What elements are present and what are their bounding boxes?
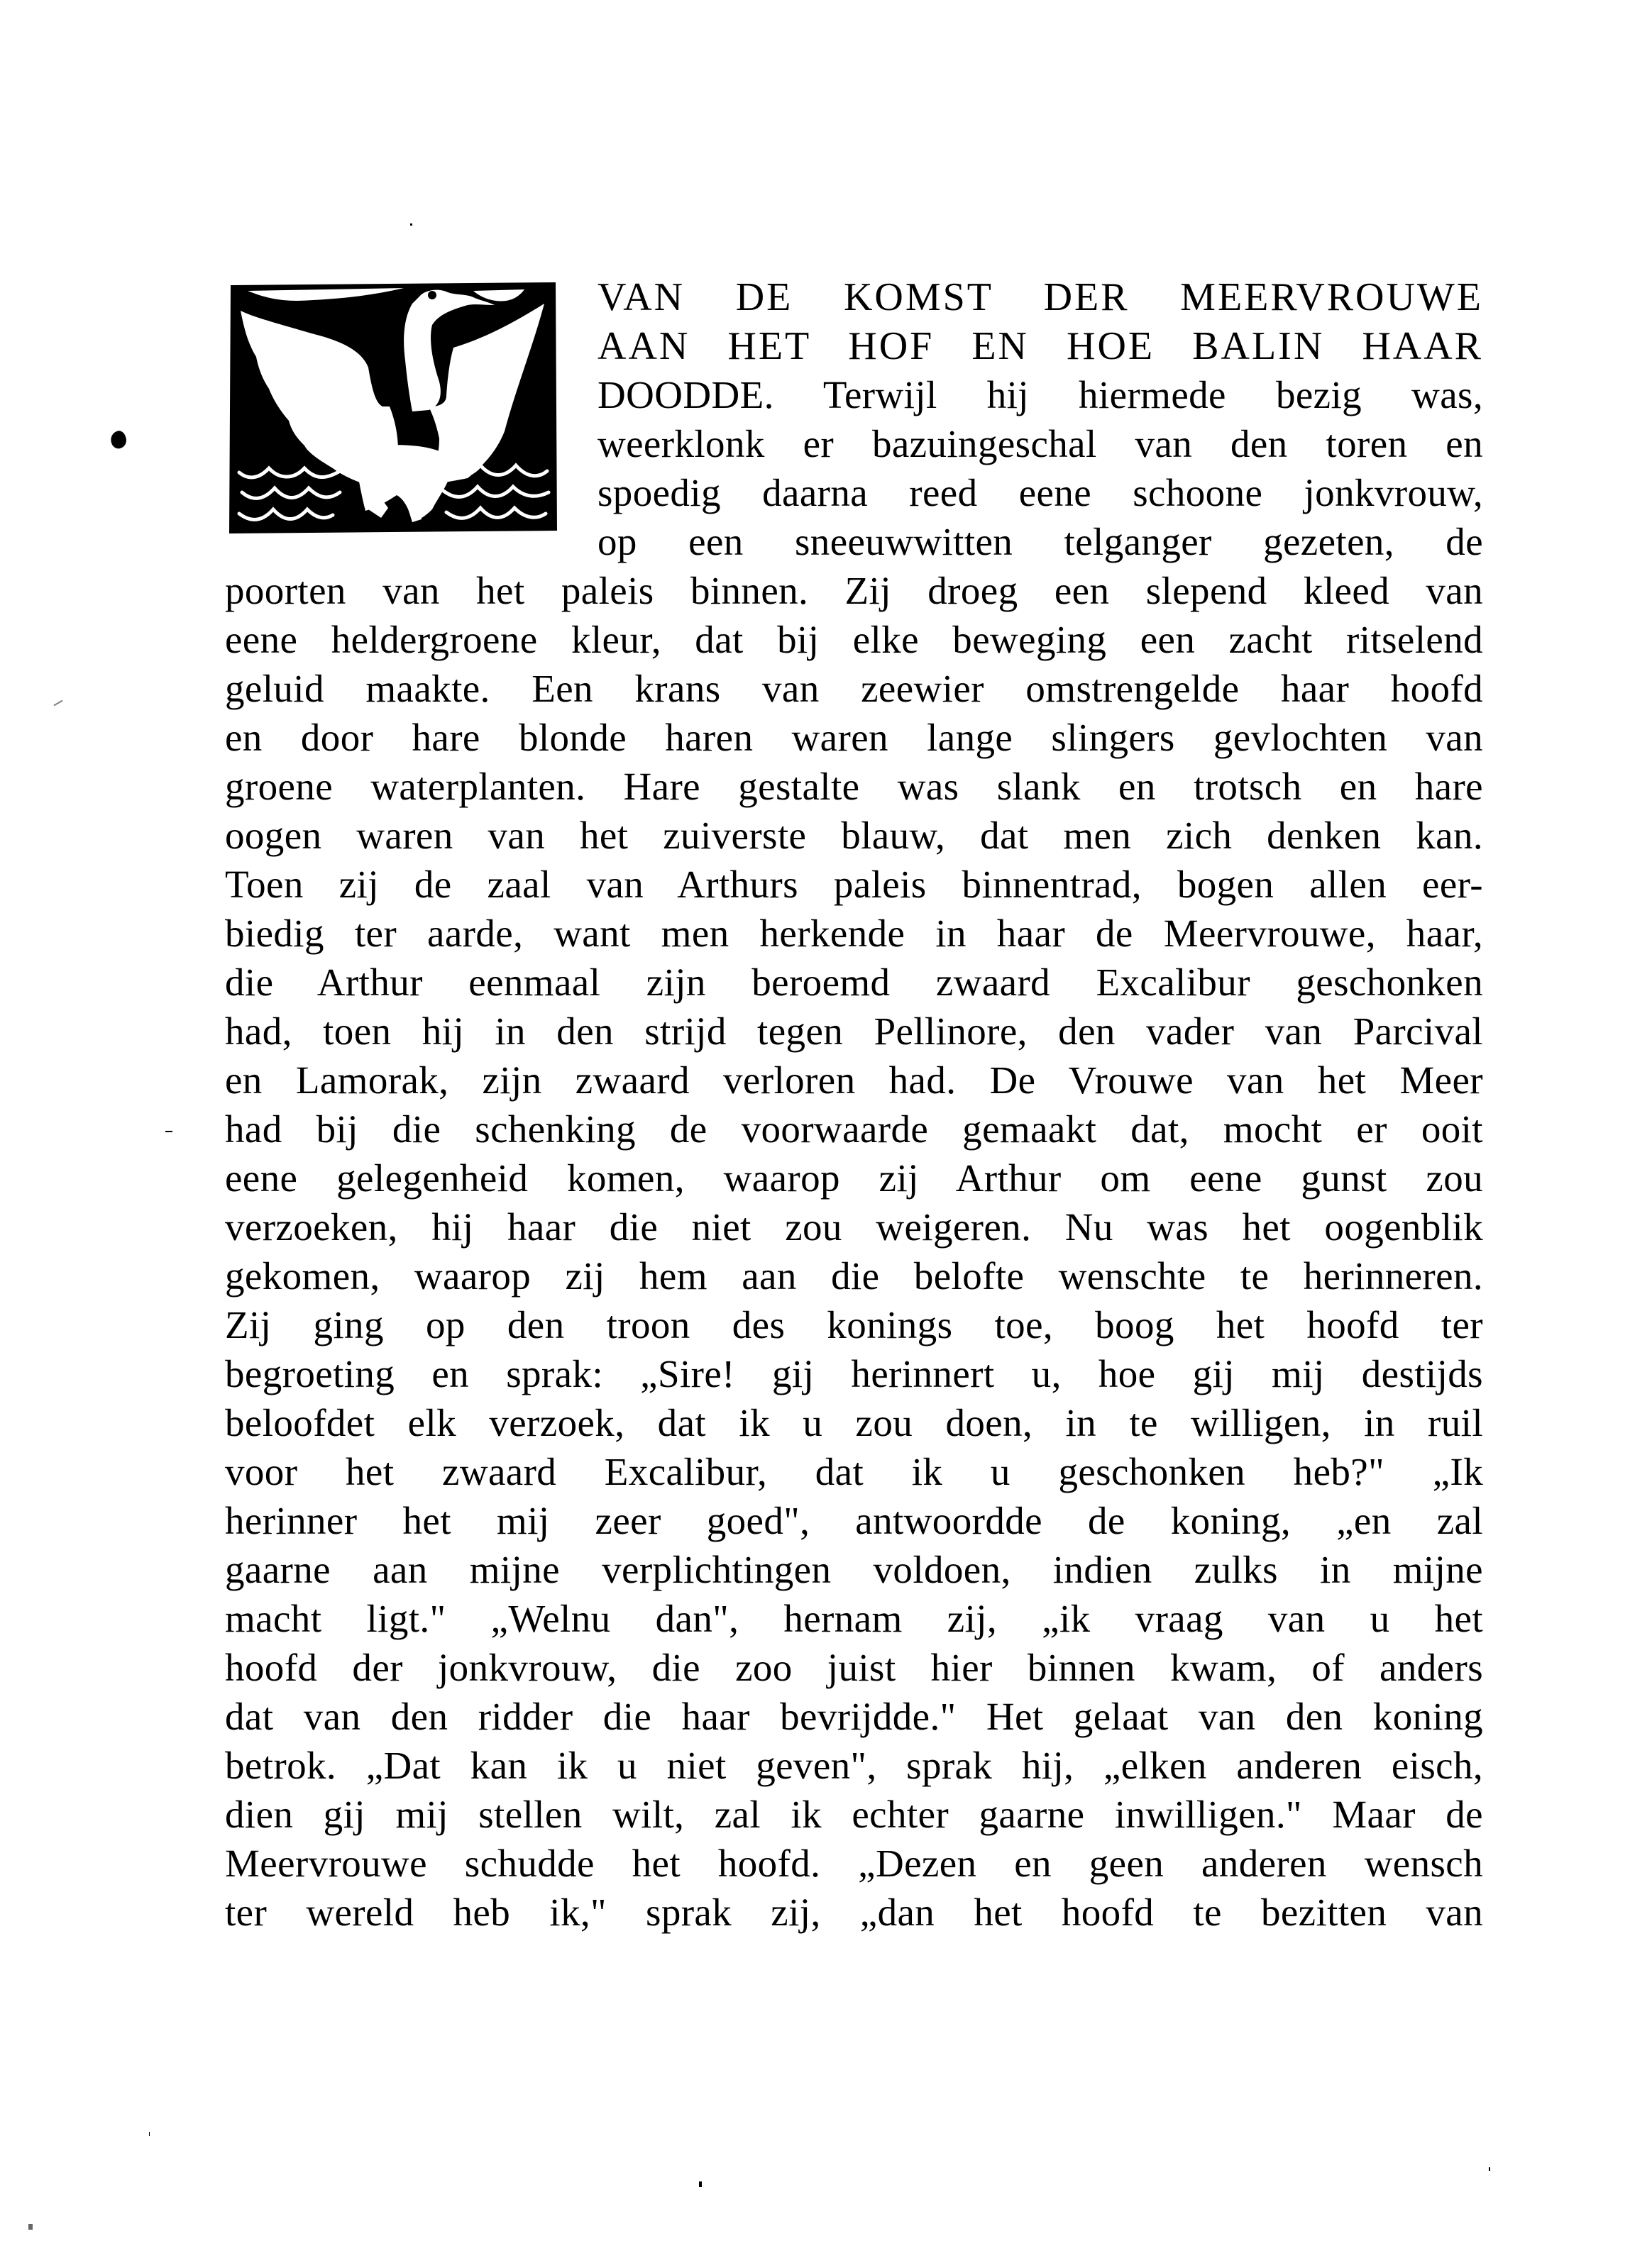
body-line: had, toen hij in den strijd tegen Pellin… [225,1007,1483,1056]
body-line: geluid maakte. Een krans van zeewier oms… [225,664,1483,714]
body-line: Meervrouwe schudde het hoofd. „Dezen en … [225,1839,1483,1888]
body-line: hoofd der jonkvrouw, die zoo juist hier … [225,1643,1483,1693]
body-line: begroeting en sprak: „Sire! gij herinner… [225,1349,1483,1399]
body-line: dien gij mij stellen wilt, zal ik echter… [225,1790,1483,1840]
body-line: biedig ter aarde, want men herkende in h… [225,909,1483,958]
book-page: VAN DE KOMST DER MEERVROUWE AAN HET HOF … [0,0,1652,2268]
speck [1489,2167,1490,2171]
body-line: eene gelegenheid komen, waarop zij Arthu… [225,1154,1483,1203]
body-line: poorten van het paleis binnen. Zij droeg… [225,566,1483,616]
body-line: groene waterplanten. Hare gestalte was s… [225,762,1483,812]
swan-woodcut-illustration [226,282,560,533]
swan-icon [226,282,560,533]
body-line: dat van den ridder die haar bevrijdde." … [225,1692,1483,1742]
body-line: Toen zij de zaal van Arthurs paleis binn… [225,860,1483,909]
ink-blot [108,428,129,450]
body-line: die Arthur eenmaal zijn beroemd zwaard E… [225,958,1483,1007]
body-line: DOODDE. Terwijl hij hiermede bezig was, [598,370,1483,420]
body-line: ter wereld heb ik," sprak zij, „dan het … [225,1888,1483,1937]
body-line: had bij die schenking de voorwaarde gema… [225,1105,1483,1154]
body-line: herinner het mij zeer goed", antwoordde … [225,1496,1483,1546]
body-line: weerklonk er bazuingeschal van den toren… [598,419,1483,469]
body-line: spoedig daarna reed eene schoone jonkvro… [598,468,1483,518]
body-line: en Lamorak, zijn zwaard verloren had. De… [225,1056,1483,1105]
body-line: eene heldergroene kleur, dat bij elke be… [225,615,1483,665]
speck [149,2132,150,2136]
body-line: gekomen, waarop zij hem aan die belofte … [225,1251,1483,1301]
body-line: verzoeken, hij haar die niet zou weigere… [225,1202,1483,1252]
chapter-heading-line-2: AAN HET HOF EN HOE BALIN HAAR [598,321,1483,371]
speck [699,2181,702,2187]
speck [410,223,412,226]
body-line: macht ligt." „Welnu dan", hernam zij, „i… [225,1594,1483,1644]
body-line: en door hare blonde haren waren lange sl… [225,713,1483,763]
body-line: Zij ging op den troon des konings toe, b… [225,1300,1483,1350]
margin-dash-mark [165,1131,172,1132]
body-line: oogen waren van het zuiverste blauw, dat… [225,811,1483,861]
body-line: beloofdet elk verzoek, dat ik u zou doen… [225,1398,1483,1448]
body-line: gaarne aan mijne verplichtingen voldoen,… [225,1545,1483,1595]
speck [28,2224,33,2230]
body-line: op een sneeuwwitten telganger gezeten, d… [598,517,1483,567]
chapter-heading-line-1: VAN DE KOMST DER MEERVROUWE [598,272,1483,322]
speck [53,700,62,707]
body-line: betrok. „Dat kan ik u niet geven", sprak… [225,1741,1483,1791]
body-line: voor het zwaard Excalibur, dat ik u gesc… [225,1447,1483,1497]
